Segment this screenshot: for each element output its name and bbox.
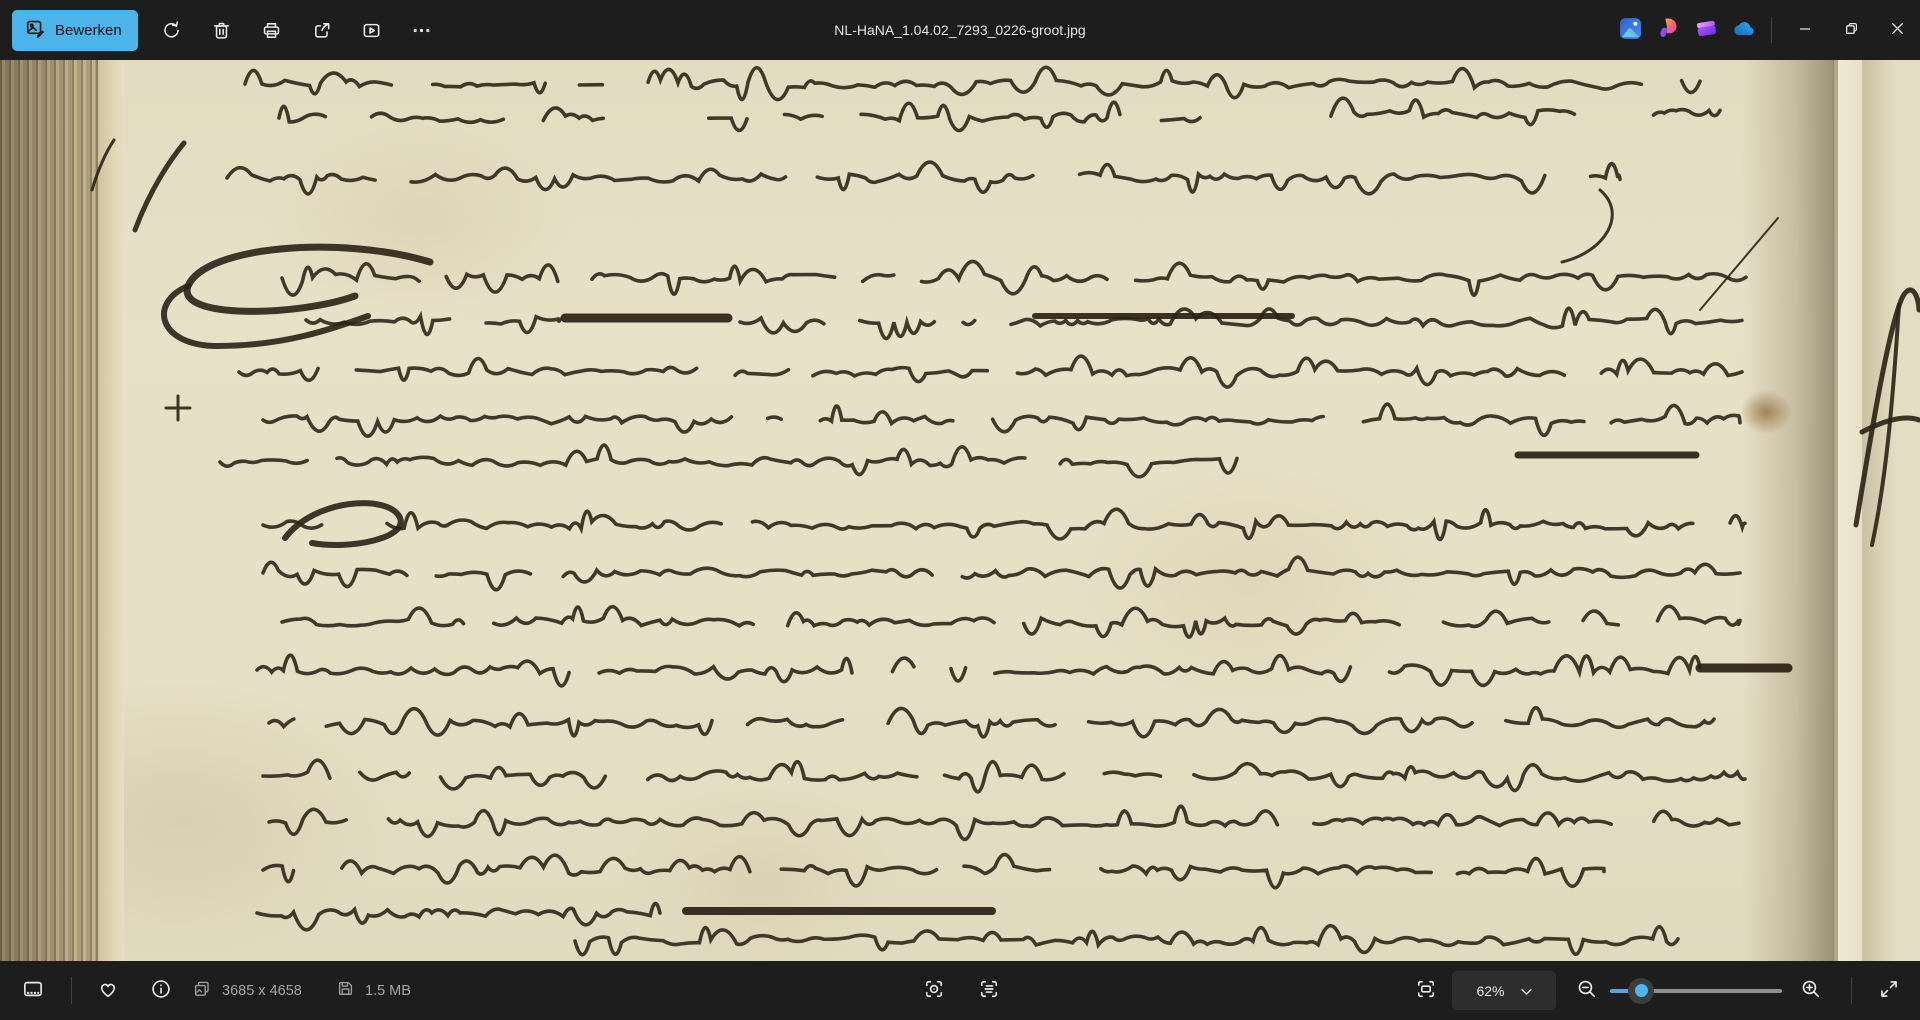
minimize-icon bbox=[1799, 23, 1811, 38]
fit-to-window-button[interactable] bbox=[1405, 970, 1446, 1011]
slideshow-button[interactable] bbox=[350, 8, 394, 52]
zoom-level-value: 62% bbox=[1476, 983, 1504, 999]
image-dimensions-icon bbox=[192, 979, 212, 1003]
photos-app-window: Bewerken bbox=[0, 0, 1920, 1020]
share-button[interactable] bbox=[300, 8, 344, 52]
text-actions-button[interactable] bbox=[968, 970, 1009, 1011]
visual-search-icon bbox=[923, 978, 945, 1003]
onedrive-app-icon bbox=[1731, 16, 1757, 45]
rotate-button[interactable] bbox=[150, 8, 194, 52]
edit-button[interactable]: Bewerken bbox=[12, 10, 138, 51]
fit-to-window-icon bbox=[1415, 978, 1437, 1003]
fullscreen-expand-icon bbox=[1878, 978, 1900, 1003]
restore-button[interactable] bbox=[1828, 0, 1874, 60]
more-options-button[interactable] bbox=[400, 8, 444, 52]
delete-button[interactable] bbox=[200, 8, 244, 52]
toolbar: Bewerken bbox=[12, 0, 444, 60]
zoom-in-button[interactable] bbox=[1790, 970, 1831, 1011]
photos-app-button[interactable] bbox=[1611, 8, 1649, 52]
fullscreen-button[interactable] bbox=[1868, 970, 1909, 1011]
share-icon bbox=[311, 20, 332, 41]
edit-button-label: Bewerken bbox=[55, 22, 122, 39]
designer-app-button[interactable] bbox=[1649, 8, 1687, 52]
titlebar-right bbox=[1611, 0, 1920, 60]
close-icon bbox=[1891, 22, 1904, 38]
zoom-in-icon bbox=[1800, 978, 1822, 1003]
printer-icon bbox=[261, 20, 282, 41]
zoom-level-dropdown[interactable]: 62% bbox=[1452, 971, 1556, 1010]
statusbar-divider bbox=[71, 977, 72, 1004]
image-viewer-canvas[interactable] bbox=[0, 60, 1920, 961]
minimize-button[interactable] bbox=[1782, 0, 1828, 60]
more-dots-icon bbox=[411, 20, 432, 41]
status-bar: 3685 x 4658 1.5 MB bbox=[0, 961, 1920, 1020]
restore-icon bbox=[1845, 22, 1858, 38]
image-dimensions: 3685 x 4658 bbox=[192, 961, 302, 1020]
print-button[interactable] bbox=[250, 8, 294, 52]
image-dimensions-value: 3685 x 4658 bbox=[222, 983, 302, 999]
clipchamp-app-button[interactable] bbox=[1687, 8, 1725, 52]
info-button[interactable] bbox=[140, 970, 181, 1011]
save-file-icon bbox=[336, 979, 355, 1002]
close-button[interactable] bbox=[1874, 0, 1920, 60]
slideshow-icon bbox=[361, 20, 382, 41]
edit-image-icon bbox=[25, 18, 46, 43]
visual-search-button[interactable] bbox=[913, 970, 954, 1011]
text-actions-icon bbox=[978, 978, 1000, 1003]
designer-app-icon bbox=[1656, 16, 1681, 44]
onedrive-app-button[interactable] bbox=[1725, 8, 1763, 52]
chevron-down-icon bbox=[1521, 983, 1532, 999]
favorite-button[interactable] bbox=[87, 970, 128, 1011]
heart-icon bbox=[97, 978, 119, 1003]
info-icon bbox=[150, 978, 172, 1003]
filmstrip-icon bbox=[22, 978, 44, 1003]
zoom-slider-thumb[interactable] bbox=[1628, 978, 1654, 1004]
filmstrip-toggle-button[interactable] bbox=[12, 970, 53, 1011]
manuscript-handwriting bbox=[0, 60, 1920, 961]
file-size-value: 1.5 MB bbox=[365, 983, 411, 999]
titlebar-divider bbox=[1771, 17, 1772, 43]
title-bar: Bewerken bbox=[0, 0, 1920, 60]
zoom-out-icon bbox=[1576, 978, 1598, 1003]
trash-icon bbox=[211, 20, 232, 41]
zoom-slider-track[interactable] bbox=[1610, 989, 1782, 993]
clipchamp-app-icon bbox=[1694, 16, 1719, 44]
photos-app-icon bbox=[1618, 16, 1643, 44]
statusbar-divider-right bbox=[1851, 977, 1852, 1004]
file-size: 1.5 MB bbox=[336, 961, 411, 1020]
rotate-icon bbox=[161, 20, 182, 41]
zoom-out-button[interactable] bbox=[1566, 970, 1607, 1011]
